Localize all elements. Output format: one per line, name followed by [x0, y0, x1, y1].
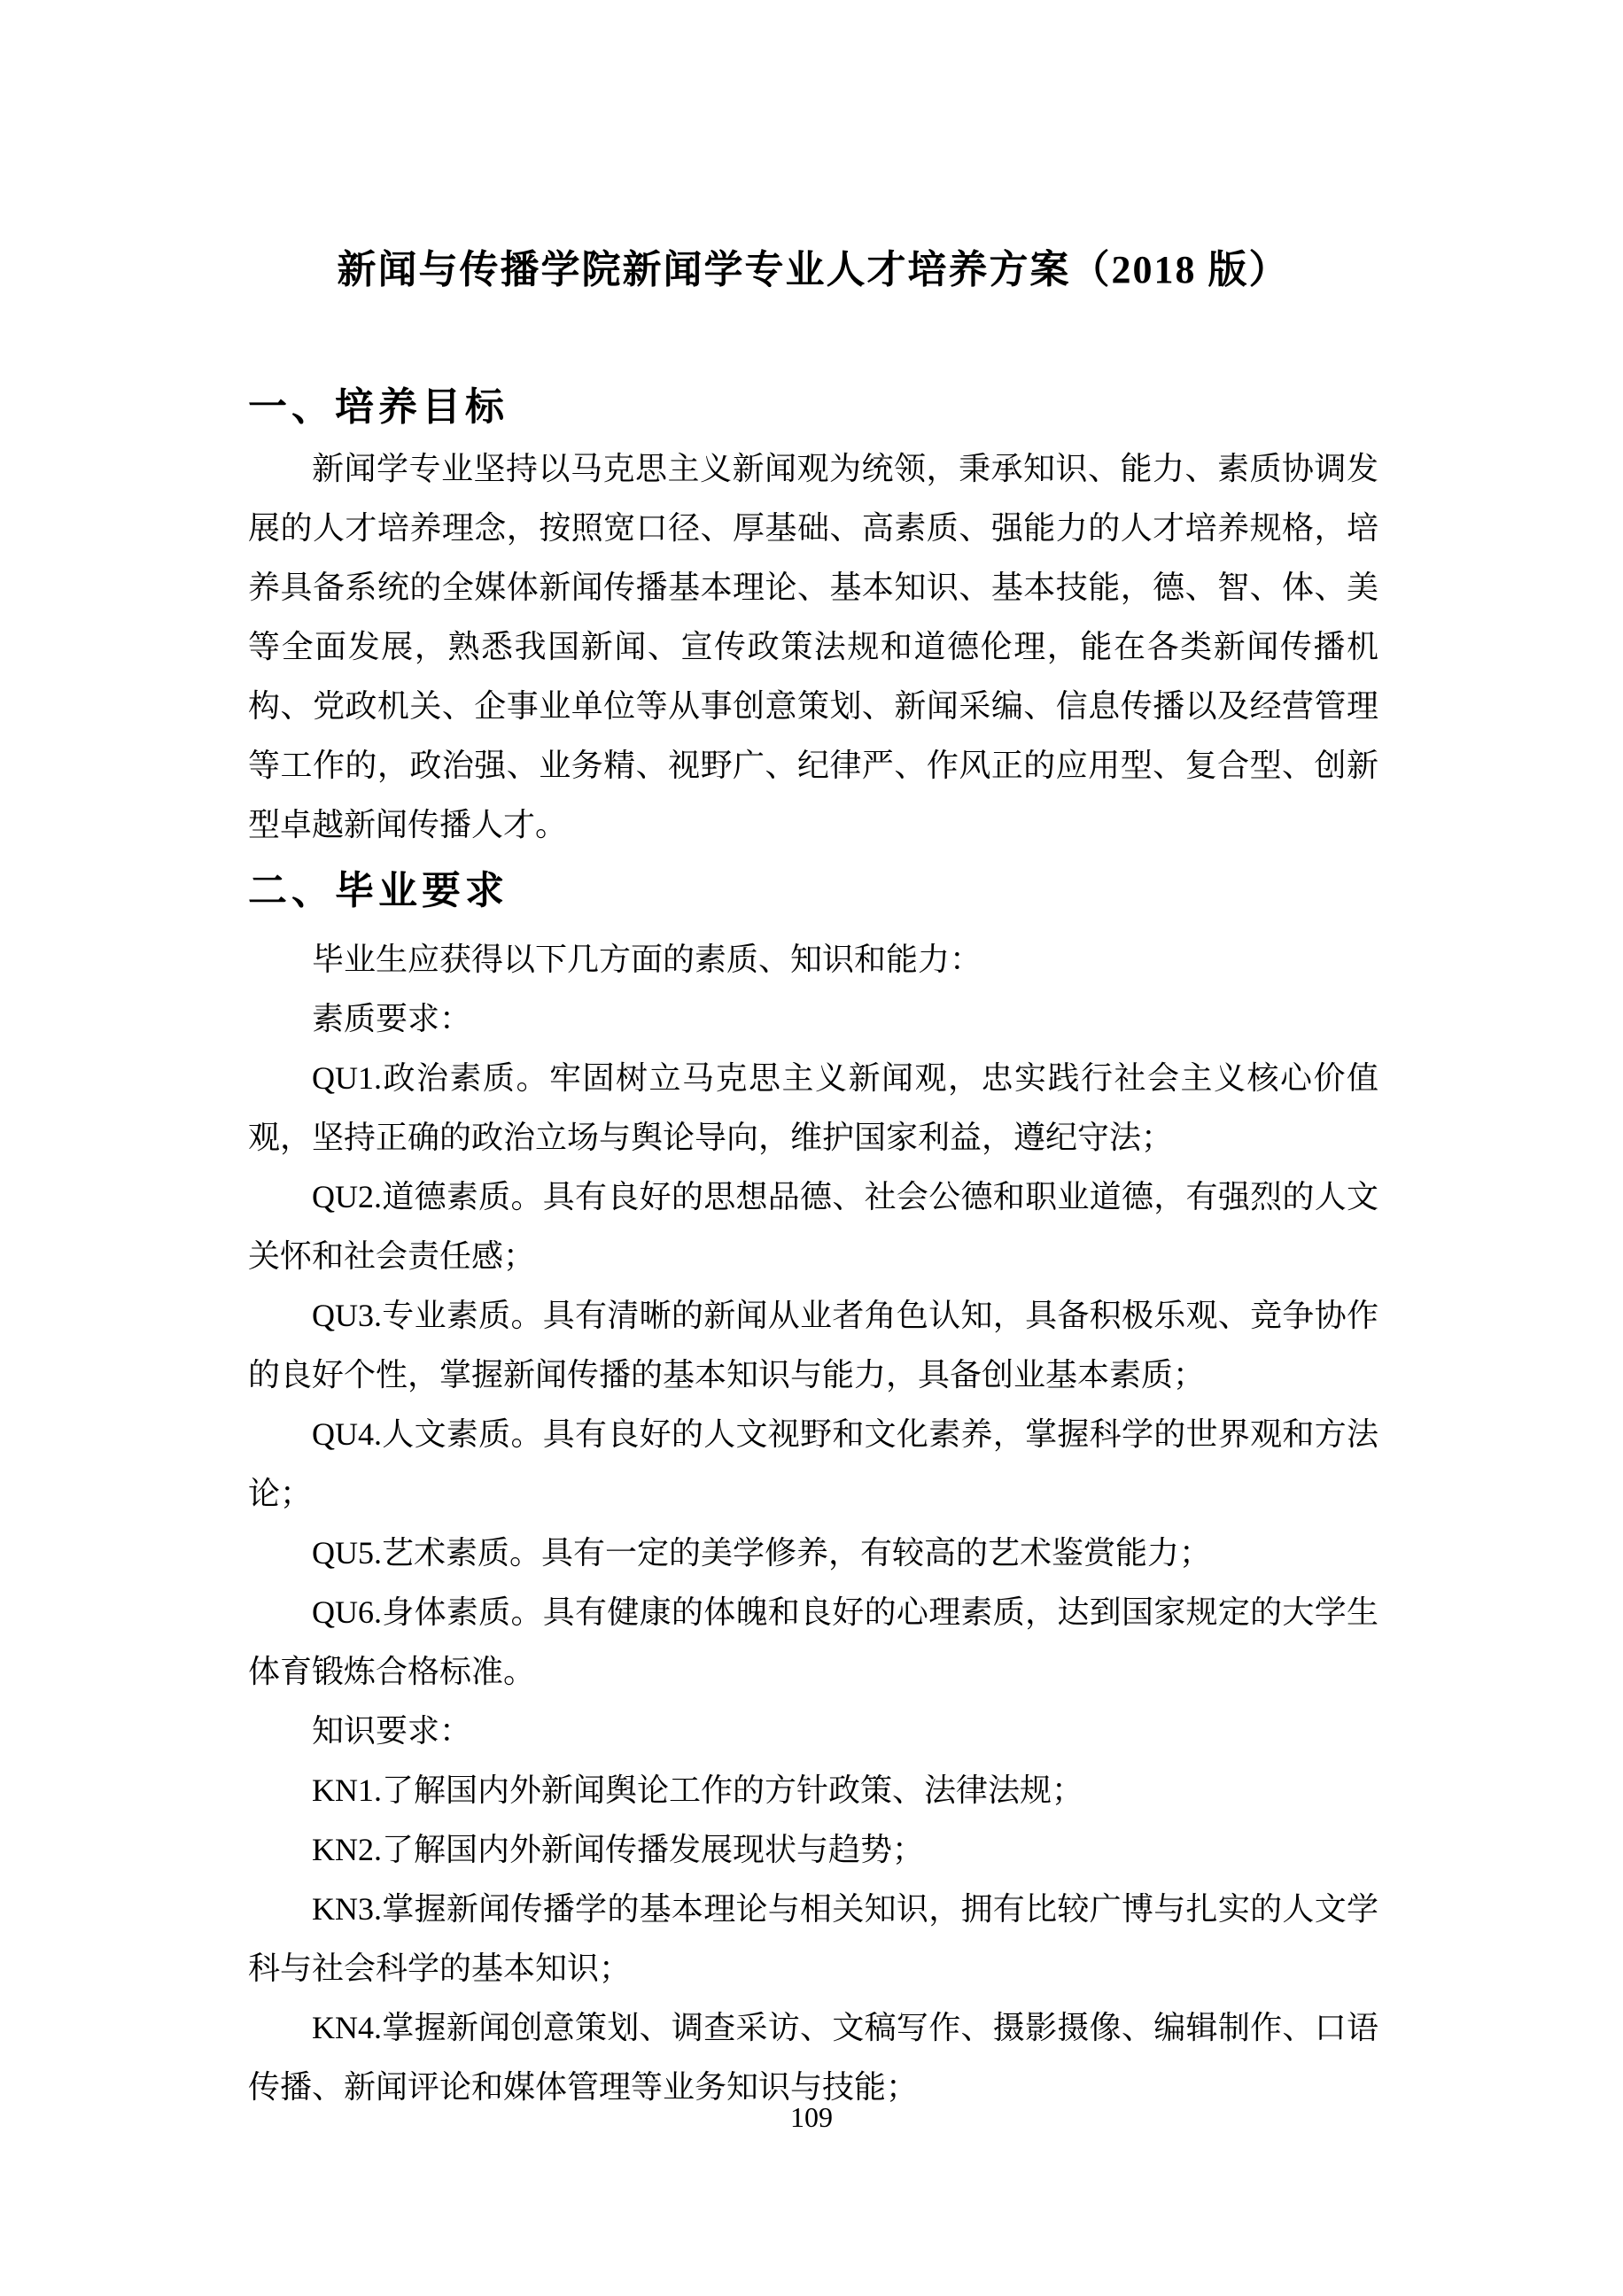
section-2-paragraph-qu2: QU2.道德素质。具有良好的思想品德、社会公德和职业道德，有强烈的人文关怀和社会…	[248, 1167, 1378, 1286]
document-content: 新闻与传播学院新闻学专业人才培养方案（2018 版） 一、培养目标 新闻学专业坚…	[0, 0, 1623, 2117]
section-2-paragraph-kn2: KN2.了解国内外新闻传播发展现状与趋势；	[248, 1820, 1378, 1880]
section-1-heading: 一、培养目标	[248, 387, 1378, 428]
section-2-paragraph-kn4: KN4.掌握新闻创意策划、调查采访、文稿写作、摄影摄像、编辑制作、口语传播、新闻…	[248, 1998, 1378, 2117]
section-2-paragraph-knowledge-label: 知识要求：	[248, 1702, 1378, 1761]
section-2-paragraph-qu4: QU4.人文素质。具有良好的人文视野和文化素养，掌握科学的世界观和方法论；	[248, 1405, 1378, 1524]
section-2-paragraph-qu1: QU1.政治素质。牢固树立马克思主义新闻观，忠实践行社会主义核心价值观，坚持正确…	[248, 1049, 1378, 1167]
section-2-paragraph-qu3: QU3.专业素质。具有清晰的新闻从业者角色认知，具备积极乐观、竞争协作的良好个性…	[248, 1286, 1378, 1405]
section-2-paragraph-kn1: KN1.了解国内外新闻舆论工作的方针政策、法律法规；	[248, 1761, 1378, 1820]
section-2-paragraph-qu5: QU5.艺术素质。具有一定的美学修养，有较高的艺术鉴赏能力；	[248, 1524, 1378, 1583]
section-2-heading: 二、毕业要求	[248, 871, 1378, 911]
section-2-paragraph-quality-label: 素质要求：	[248, 989, 1378, 1049]
page-number: 109	[0, 2103, 1623, 2131]
section-2-paragraph-qu6: QU6.身体素质。具有健康的体魄和良好的心理素质，达到国家规定的大学生体育锻炼合…	[248, 1583, 1378, 1702]
document-title: 新闻与传播学院新闻学专业人才培养方案（2018 版）	[248, 251, 1378, 290]
section-1-paragraph: 新闻学专业坚持以马克思主义新闻观为统领，秉承知识、能力、素质协调发展的人才培养理…	[248, 439, 1378, 855]
section-2-paragraph-kn3: KN3.掌握新闻传播学的基本理论与相关知识，拥有比较广博与扎实的人文学科与社会科…	[248, 1880, 1378, 1998]
document-page: 新闻与传播学院新闻学专业人才培养方案（2018 版） 一、培养目标 新闻学专业坚…	[0, 0, 1623, 2296]
section-2-paragraph-intro: 毕业生应获得以下几方面的素质、知识和能力：	[248, 930, 1378, 989]
